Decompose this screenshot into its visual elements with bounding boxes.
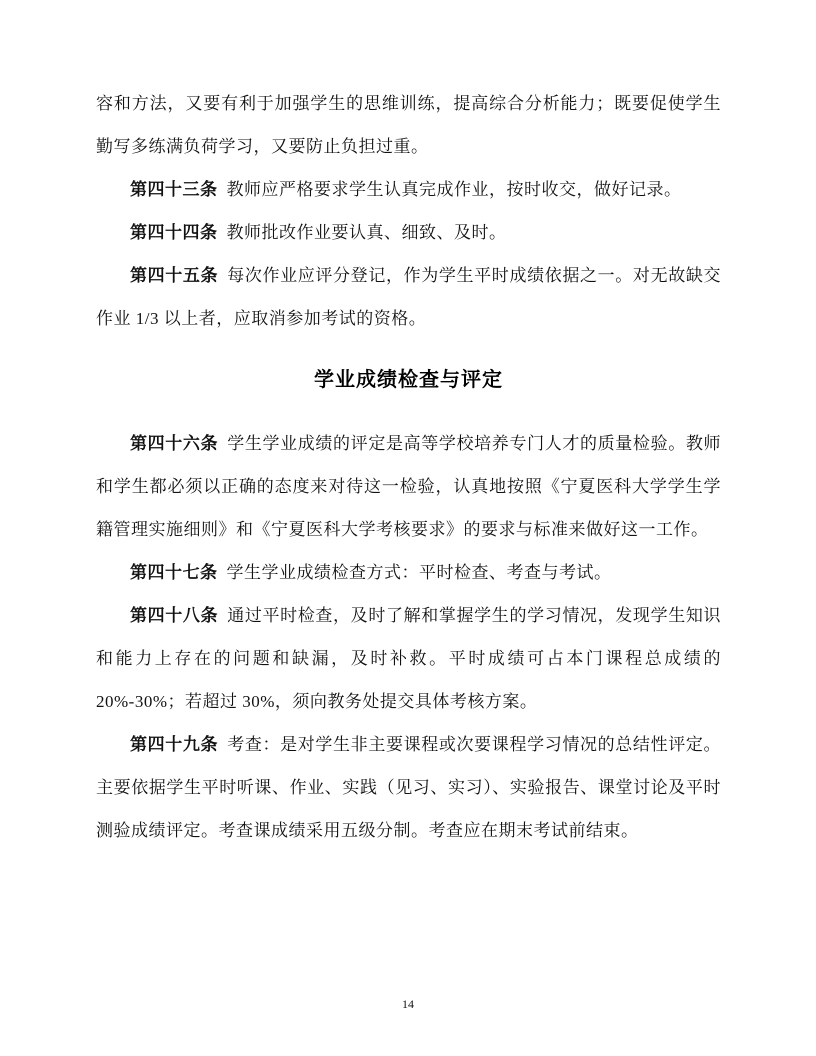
paragraph-text: 容和方法，又要有利于加强学生的思维训练，提高综合分析能力；既要促使学生勤写多练满… — [96, 94, 721, 156]
article-46-label: 第四十六条 — [130, 434, 218, 453]
document-page: 容和方法，又要有利于加强学生的思维训练，提高综合分析能力；既要促使学生勤写多练满… — [0, 0, 816, 1056]
paragraph-continuation: 容和方法，又要有利于加强学生的思维训练，提高综合分析能力；既要促使学生勤写多练满… — [96, 82, 721, 168]
article-48-label: 第四十八条 — [130, 606, 218, 625]
article-44-text: 教师批改作业要认真、细致、及时。 — [227, 223, 507, 242]
article-43-label: 第四十三条 — [130, 180, 218, 199]
article-47: 第四十七条学生学业成绩检查方式：平时检查、考查与考试。 — [96, 551, 721, 594]
article-43: 第四十三条教师应严格要求学生认真完成作业，按时收交，做好记录。 — [96, 168, 721, 211]
article-47-label: 第四十七条 — [130, 563, 218, 582]
article-43-text: 教师应严格要求学生认真完成作业，按时收交，做好记录。 — [227, 180, 682, 199]
article-44-label: 第四十四条 — [130, 223, 218, 242]
article-49: 第四十九条考查：是对学生非主要课程或次要课程学习情况的总结性评定。主要依据学生平… — [96, 723, 721, 852]
section-heading: 学业成绩检查与评定 — [96, 364, 721, 396]
article-48: 第四十八条通过平时检查，及时了解和掌握学生的学习情况，发现学生知识和能力上存在的… — [96, 594, 721, 723]
article-45-label: 第四十五条 — [130, 266, 218, 285]
document-body: 容和方法，又要有利于加强学生的思维训练，提高综合分析能力；既要促使学生勤写多练满… — [96, 82, 721, 852]
article-46: 第四十六条学生学业成绩的评定是高等学校培养专门人才的质量检验。教师和学生都必须以… — [96, 422, 721, 551]
page-number: 14 — [0, 997, 816, 1012]
article-49-label: 第四十九条 — [130, 735, 218, 754]
article-45: 第四十五条每次作业应评分登记，作为学生平时成绩依据之一。对无故缺交作业 1/3 … — [96, 254, 721, 340]
article-44: 第四十四条教师批改作业要认真、细致、及时。 — [96, 211, 721, 254]
article-47-text: 学生学业成绩检查方式：平时检查、考查与考试。 — [227, 563, 612, 582]
